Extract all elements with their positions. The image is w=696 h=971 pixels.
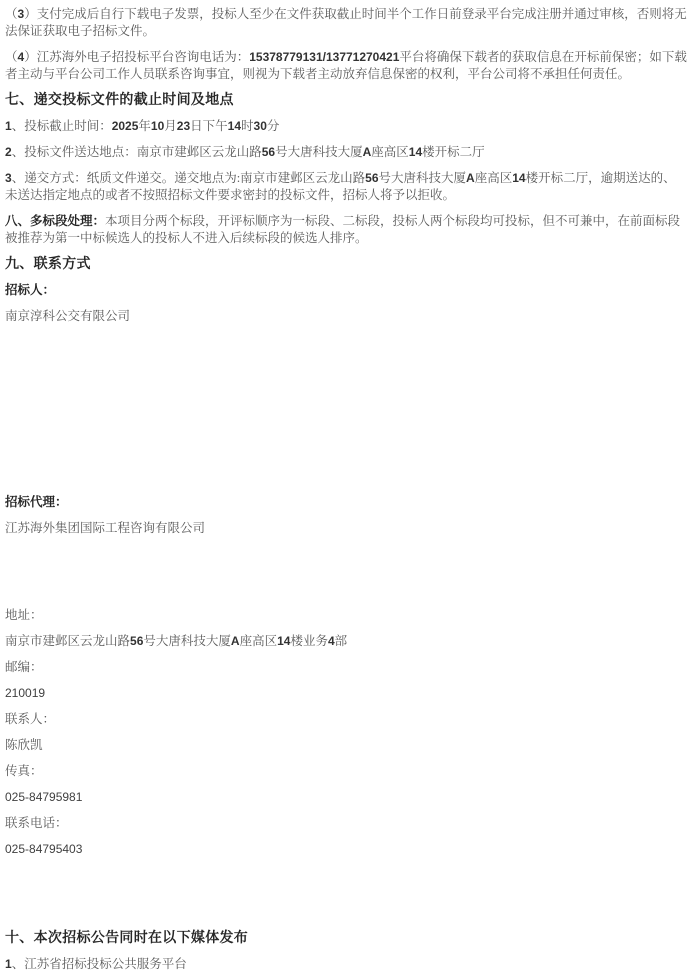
text-run: 分 bbox=[267, 119, 280, 133]
text-run: 招标人： bbox=[5, 283, 55, 297]
label-phone: 联系电话： bbox=[5, 815, 688, 832]
address-value: 南京市建邺区云龙山路56号大唐科技大厦A座高区14楼业务4部 bbox=[5, 633, 688, 650]
text-run: 地址： bbox=[5, 608, 43, 622]
text-run: 月 bbox=[164, 119, 177, 133]
text-run: 14 bbox=[228, 119, 241, 133]
text-run: 南京市建邺区云龙山路 bbox=[5, 634, 130, 648]
item-1-bid-deadline: 1、投标截止时间：2025年10月23日下午14时30分 bbox=[5, 118, 688, 135]
text-run: 联系人： bbox=[5, 712, 55, 726]
text-run: 14 bbox=[277, 634, 290, 648]
text-run: 1 bbox=[5, 957, 12, 971]
text-run: 楼业务 bbox=[290, 634, 328, 648]
label-tender-agent: 招标代理： bbox=[5, 494, 688, 511]
text-run: 部 bbox=[335, 634, 348, 648]
fax-value: 025-84795981 bbox=[5, 789, 688, 806]
gap-before-section-10 bbox=[5, 867, 688, 930]
text-run: 招标代理： bbox=[5, 495, 68, 509]
text-run: 本项目分两个标段，开评标顺序为一标段、二标段，投标人两个标段均可投标，但不可兼中… bbox=[5, 214, 680, 245]
text-run: 025-84795403 bbox=[5, 842, 82, 856]
gap-after-tenderer bbox=[5, 334, 688, 494]
text-run: 14 bbox=[512, 171, 525, 185]
text-run: 2025 bbox=[112, 119, 139, 133]
text-run: 2 bbox=[5, 145, 12, 159]
section-10-heading: 十、本次招标公告同时在以下媒体发布 bbox=[5, 930, 688, 947]
text-run: 56 bbox=[262, 145, 275, 159]
text-run: A bbox=[363, 145, 372, 159]
text-run: 号大唐科技大厦 bbox=[143, 634, 231, 648]
text-run: 10 bbox=[151, 119, 164, 133]
section-9-heading: 九、联系方式 bbox=[5, 256, 688, 273]
text-run: 座高区 bbox=[475, 171, 513, 185]
text-run: 56 bbox=[365, 171, 378, 185]
clause-4-platform-hotline: （4）江苏海外电子招投标平台咨询电话为：15378779131/13771270… bbox=[5, 49, 688, 83]
label-contact-person: 联系人： bbox=[5, 711, 688, 728]
text-run: 江苏海外集团国际工程咨询有限公司 bbox=[5, 521, 205, 535]
text-run: 、递交方式：纸质文件递交。递交地点为:南京市建邺区云龙山路 bbox=[12, 171, 365, 185]
clause-3-invoice-download: （3）支付完成后自行下载电子发票，投标人至少在文件获取截止时间半个工作日前登录平… bbox=[5, 6, 688, 40]
text-run: 56 bbox=[130, 634, 143, 648]
media-item-1: 1、江苏省招标投标公共服务平台 bbox=[5, 956, 688, 971]
text-run: 、江苏省招标投标公共服务平台 bbox=[12, 957, 187, 971]
text-run: 年 bbox=[138, 119, 151, 133]
text-run: 14 bbox=[409, 145, 422, 159]
text-run: （ bbox=[5, 7, 18, 21]
text-run: 1 bbox=[5, 119, 12, 133]
text-run: 陈欣凯 bbox=[5, 738, 43, 752]
text-run: 15378779131/13771270421 bbox=[249, 50, 399, 64]
text-run: ）江苏海外电子招投标平台咨询电话为： bbox=[24, 50, 249, 64]
item-2-delivery-place: 2、投标文件送达地点：南京市建邺区云龙山路56号大唐科技大厦A座高区14楼开标二… bbox=[5, 144, 688, 161]
text-run: 座高区 bbox=[240, 634, 278, 648]
text-run: A bbox=[466, 171, 475, 185]
text-run: 八、多标段处理： bbox=[5, 214, 105, 228]
text-run: 号大唐科技大厦 bbox=[379, 171, 467, 185]
label-fax: 传真： bbox=[5, 763, 688, 780]
text-run: 邮编： bbox=[5, 660, 43, 674]
text-run: 联系电话： bbox=[5, 816, 68, 830]
text-run: 号大唐科技大厦 bbox=[275, 145, 363, 159]
text-run: 时 bbox=[241, 119, 254, 133]
tenderer-name: 南京淳科公交有限公司 bbox=[5, 308, 688, 325]
label-address: 地址： bbox=[5, 607, 688, 624]
text-run: 南京淳科公交有限公司 bbox=[5, 309, 130, 323]
tender-agent-name: 江苏海外集团国际工程咨询有限公司 bbox=[5, 520, 688, 537]
text-run: 传真： bbox=[5, 764, 43, 778]
text-run: 日下午 bbox=[190, 119, 228, 133]
label-tenderer: 招标人： bbox=[5, 282, 688, 299]
label-postcode: 邮编： bbox=[5, 659, 688, 676]
contact-person-name: 陈欣凯 bbox=[5, 737, 688, 754]
clause-8-multi-section-rule: 八、多标段处理：本项目分两个标段，开评标顺序为一标段、二标段，投标人两个标段均可… bbox=[5, 213, 688, 247]
text-run: 23 bbox=[177, 119, 190, 133]
tender-notice-document: （3）支付完成后自行下载电子发票，投标人至少在文件获取截止时间半个工作日前登录平… bbox=[0, 0, 696, 971]
text-run: 七、递交投标文件的截止时间及地点 bbox=[5, 93, 234, 108]
text-run: 025-84795981 bbox=[5, 790, 82, 804]
text-run: 、投标截止时间： bbox=[12, 119, 112, 133]
text-run: 30 bbox=[254, 119, 267, 133]
text-run: A bbox=[231, 634, 240, 648]
text-run: 九、联系方式 bbox=[5, 257, 91, 272]
text-run: 座高区 bbox=[371, 145, 409, 159]
text-run: 3 bbox=[5, 171, 12, 185]
text-run: 210019 bbox=[5, 686, 45, 700]
text-run: 十、本次招标公告同时在以下媒体发布 bbox=[5, 931, 248, 946]
text-run: ）支付完成后自行下载电子发票，投标人至少在文件获取截止时间半个工作日前登录平台完… bbox=[5, 7, 687, 38]
gap-after-agent bbox=[5, 546, 688, 607]
text-run: （ bbox=[5, 50, 18, 64]
text-run: 、投标文件送达地点：南京市建邺区云龙山路 bbox=[12, 145, 262, 159]
item-3-delivery-method: 3、递交方式：纸质文件递交。递交地点为:南京市建邺区云龙山路56号大唐科技大厦A… bbox=[5, 170, 688, 204]
postcode-value: 210019 bbox=[5, 685, 688, 702]
text-run: 4 bbox=[328, 634, 335, 648]
phone-value: 025-84795403 bbox=[5, 841, 688, 858]
text-run: 楼开标二厅 bbox=[422, 145, 485, 159]
section-7-heading: 七、递交投标文件的截止时间及地点 bbox=[5, 92, 688, 109]
